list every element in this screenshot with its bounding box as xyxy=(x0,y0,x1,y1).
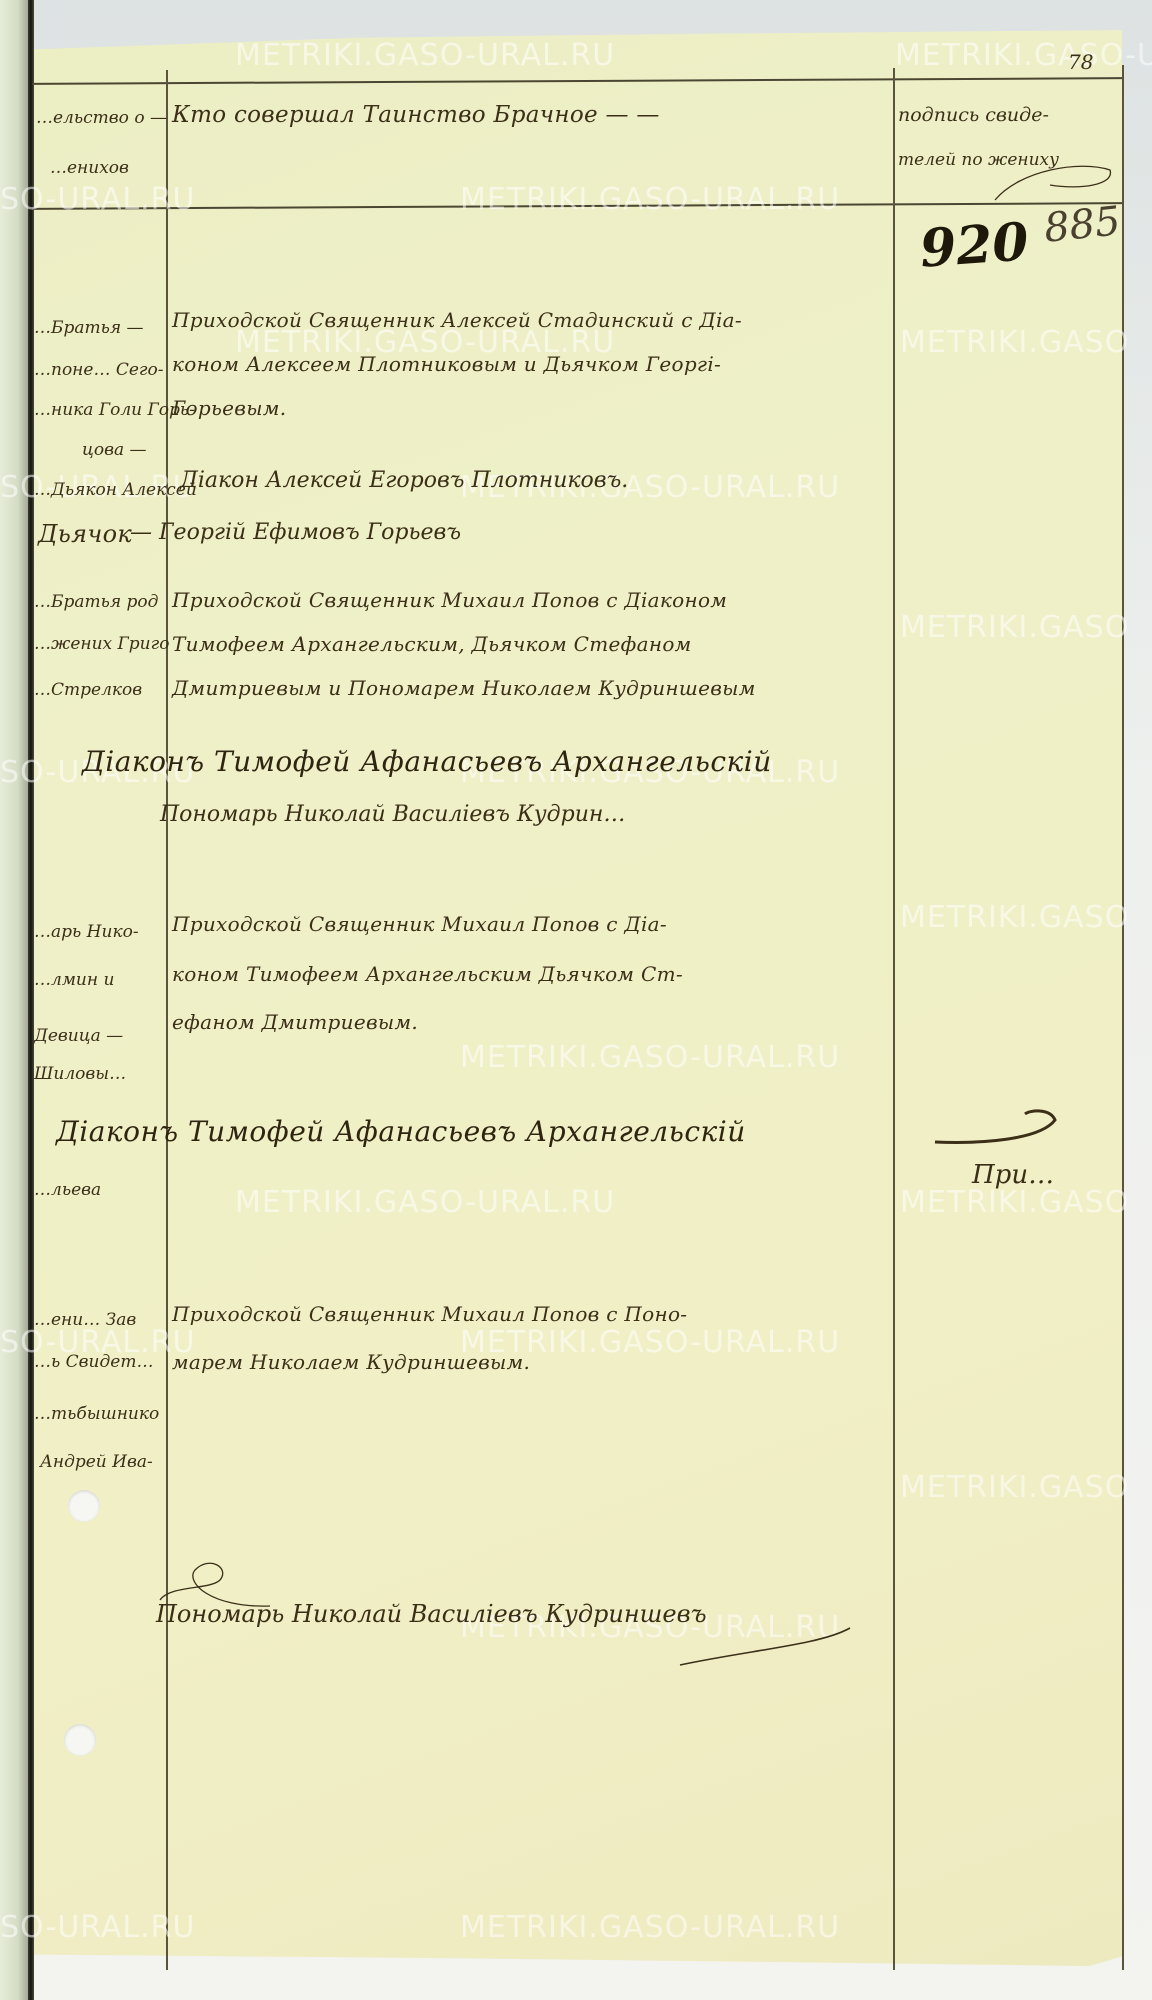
column-divider-left xyxy=(166,70,168,1970)
entry4-margin-3: …тьбышнико xyxy=(34,1404,159,1424)
entry2-line1: Приходской Священник Михаил Попов с Діак… xyxy=(172,588,727,612)
book-binding xyxy=(28,0,34,2000)
entry3-margin-4: Шиловы… xyxy=(34,1064,126,1084)
entry1-margin-3: …ника Голи Горь- xyxy=(34,400,195,420)
entry4-margin-2: …ь Свидет… xyxy=(34,1352,153,1372)
entry1-line3: Горьевым. xyxy=(172,396,286,420)
header-left-line1: …ельство о — xyxy=(36,108,167,128)
entry3-margin-5: …льева xyxy=(34,1180,101,1200)
entry1-margin-4: цова — xyxy=(82,440,147,460)
entry3-line3: ефаном Дмитриевым. xyxy=(172,1010,418,1034)
entry4-margin-4: Андрей Ива- xyxy=(40,1452,153,1472)
entry3-right-column-signature: При… xyxy=(972,1160,1054,1190)
entry3-margin-2: …лмин и xyxy=(34,970,114,990)
entry3-line1: Приходской Священник Михаил Попов с Діа- xyxy=(172,912,667,936)
entry1-margin-2: …поне… Сего- xyxy=(34,360,163,380)
entry2-line2: Тимофеем Архангельским, Дьячком Стефаном xyxy=(172,632,692,656)
entry1-signature-sexton: — Георгій Ефимовъ Горьевъ xyxy=(130,520,461,545)
corner-page-mark: 78 xyxy=(1068,50,1093,74)
entry1-line2: коном Алексеем Плотниковым и Дьячком Гео… xyxy=(172,352,721,376)
entry3-signature-deacon: Діаконъ Тимофей Афанасьевъ Архангельскій xyxy=(56,1115,746,1148)
entry2-margin-3: …Стрелков xyxy=(34,680,142,700)
entry2-line3: Дмитриевым и Пономарем Николаем Кудринше… xyxy=(172,676,756,700)
facing-page-edge xyxy=(0,0,30,2000)
header-main-column: Кто совершал Таинство Брачное — — xyxy=(172,102,660,128)
column-divider-right xyxy=(893,68,895,1970)
header-flourish xyxy=(990,150,1120,210)
entry1-margin-5: …Дьякон Алексей xyxy=(34,480,197,500)
entry4-signature-sexton: Пономарь Николай Василіевъ Кудриншевъ xyxy=(156,1600,707,1628)
entry3-margin-1: …арь Нико- xyxy=(34,922,139,942)
entry3-right-flourish xyxy=(930,1100,1070,1160)
folio-number: 920 xyxy=(918,211,1031,279)
page-right-edge-rule xyxy=(1122,65,1124,1970)
entry1-margin-6: Дьячок xyxy=(38,520,132,548)
entry1-line1: Приходской Священник Алексей Стадинский … xyxy=(172,308,742,332)
entry3-margin-3: Девица — xyxy=(34,1026,123,1046)
entry4-line1: Приходской Священник Михаил Попов с Поно… xyxy=(172,1302,687,1326)
entry4-margin-1: …ени… Зав xyxy=(34,1310,136,1330)
entry1-margin-1: …Братья — xyxy=(34,318,144,338)
entry4-line2: марем Николаем Кудриншевым. xyxy=(172,1350,530,1374)
header-left-line2: …енихов xyxy=(50,158,129,178)
binding-hole xyxy=(64,1724,96,1756)
entry2-margin-1: …Братья род xyxy=(34,592,158,612)
entry3-line2: коном Тимофеем Архангельским Дьячком Ст- xyxy=(172,962,683,986)
entry4-signature-underline xyxy=(670,1620,860,1670)
binding-hole xyxy=(68,1490,100,1522)
entry2-signature-sexton: Пономарь Николай Василіевъ Кудрин… xyxy=(160,802,625,827)
entry2-margin-2: …жених Григо xyxy=(34,634,169,654)
entry1-signature-deacon: Діакон Алексей Егоровъ Плотниковъ. xyxy=(180,468,628,493)
entry2-signature-deacon: Діаконъ Тимофей Афанасьевъ Архангельскій xyxy=(82,745,772,778)
header-right-line1: подпись свиде- xyxy=(898,104,1049,126)
